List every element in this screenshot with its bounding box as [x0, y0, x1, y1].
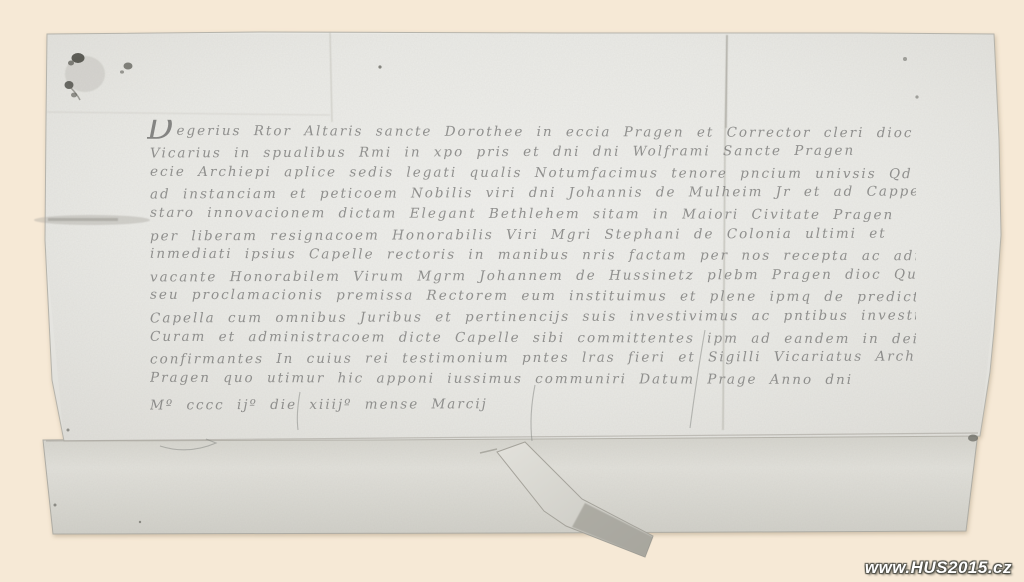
watermark: www.HUS2015.cz — [865, 558, 1012, 578]
manuscript-line-text: egerius Rtor Altaris sancte Dorothee in … — [176, 123, 913, 142]
manuscript-line: Capella cum omnibus Juribus et pertinenc… — [150, 308, 916, 331]
manuscript-line: Vicarius in spualibus Rmi in xpo pris et… — [150, 143, 916, 166]
manuscript-line: Degerius Rtor Altaris sancte Dorothee in… — [147, 120, 913, 142]
manuscript-line: seu proclamacionis premissa Rectorem eum… — [150, 287, 916, 309]
photo-canvas: Degerius Rtor Altaris sancte Dorothee in… — [0, 0, 1024, 582]
manuscript-line: vacante Honorabilem Virum Mgrm Johannem … — [150, 267, 916, 290]
manuscript-line: ecie Archiepi aplice sedis legati qualis… — [150, 164, 916, 186]
manuscript-line: confirmantes In cuius rei testimonium pn… — [150, 349, 916, 372]
initial-letter: D — [147, 120, 174, 136]
manuscript-line: Pragen quo utimur hic apponi iussimus co… — [150, 370, 916, 392]
manuscript-line: Curam et administracoem dicte Capelle si… — [150, 329, 916, 351]
manuscript-line: ad instanciam et peticoem Nobilis viri d… — [150, 184, 916, 207]
manuscript-text: Degerius Rtor Altaris sancte Dorothee in… — [0, 0, 1024, 582]
manuscript-line: inmediati ipsius Capelle rectoris in man… — [150, 246, 916, 268]
manuscript-line: per liberam resignacoem Honorabilis Viri… — [150, 226, 916, 249]
manuscript-line: Mº cccc ijº die xiiijº mense Marcij — [150, 395, 916, 418]
manuscript-line: staro innovacionem dictam Elegant Bethle… — [150, 205, 916, 227]
